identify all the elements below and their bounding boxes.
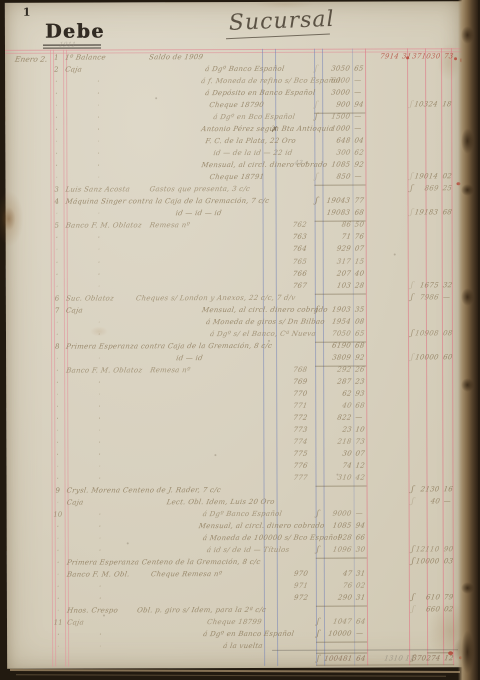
amount-main: 71 bbox=[341, 233, 352, 242]
remesa-number: 777 bbox=[293, 474, 309, 483]
account-name: 1º Balance bbox=[64, 53, 106, 62]
entry-detail: Saldo de 1909 bbox=[148, 53, 203, 62]
ditto-mark: · bbox=[56, 535, 60, 544]
amount-cents: 02 bbox=[355, 582, 366, 591]
total-cents: 03 bbox=[443, 558, 454, 567]
account-name: Suc. Oblatoz bbox=[65, 294, 114, 303]
amount-main: 7050 bbox=[331, 329, 351, 338]
amount-main: 103 bbox=[336, 281, 352, 290]
amount-cents: 31 bbox=[355, 570, 366, 579]
gutter-stain bbox=[461, 288, 474, 306]
amount-cents: 26 bbox=[354, 365, 365, 374]
amount-main: 6190 bbox=[332, 341, 352, 350]
ditto-mark: · bbox=[55, 366, 59, 375]
ditto-mark: · bbox=[55, 102, 59, 111]
name-ditto-mark: · bbox=[98, 438, 102, 447]
entry-detail: á id s/ de id — Títulos bbox=[206, 546, 290, 555]
entry-detail: Cheque Remesa nº bbox=[150, 570, 223, 579]
name-ditto-mark: · bbox=[97, 114, 101, 123]
total-cents: 08 bbox=[442, 329, 453, 338]
ditto-mark: · bbox=[54, 90, 58, 99]
amount-main: 850 bbox=[336, 173, 352, 182]
amount-main: 47 bbox=[342, 570, 353, 579]
amount-cents: 23 bbox=[354, 377, 365, 386]
account-name: Caja bbox=[66, 499, 84, 508]
entry-detail: á Depósito en Banco Español bbox=[204, 89, 315, 98]
total-cents: 16 bbox=[443, 485, 454, 494]
ditto-mark: · bbox=[55, 246, 59, 255]
name-ditto-mark: · bbox=[98, 583, 102, 592]
amount-cents: 10 bbox=[355, 425, 366, 434]
name-ditto-mark: · bbox=[97, 282, 101, 291]
ditto-mark: · bbox=[56, 523, 60, 532]
gutter-stain bbox=[461, 128, 474, 154]
amount-main: 1954 bbox=[331, 317, 351, 326]
ditto-mark: · bbox=[55, 150, 59, 159]
total-cents: 32 bbox=[442, 281, 453, 290]
total-main: 869 bbox=[424, 185, 440, 194]
amount-main: 62 bbox=[341, 389, 352, 398]
ditto-mark: · bbox=[55, 114, 59, 123]
account-name: Caja bbox=[65, 306, 83, 315]
ditto-mark: · bbox=[56, 643, 60, 652]
tick-mark: ʃ bbox=[315, 112, 319, 121]
ditto-mark: · bbox=[56, 415, 60, 424]
account-name: Caja bbox=[66, 619, 84, 628]
ditto-mark: · bbox=[56, 499, 60, 508]
account-name: Luis Sanz Acosta bbox=[65, 186, 131, 195]
amount-cents: 76 bbox=[354, 233, 365, 242]
ledger-photo: { "page": { "number": "1", "title_left":… bbox=[0, 0, 480, 680]
name-ditto-mark: · bbox=[97, 102, 101, 111]
amount-main: 292 bbox=[336, 365, 352, 374]
total-main: 12110 bbox=[416, 546, 441, 555]
ditto-mark: · bbox=[56, 571, 60, 580]
remesa-number: 773 bbox=[293, 426, 309, 435]
entry-number: 7 bbox=[49, 306, 64, 315]
tick-mark: ʃ bbox=[410, 292, 414, 301]
amount-cents: 50 bbox=[354, 221, 365, 230]
ditto-mark: · bbox=[55, 234, 59, 243]
ledger-page: 1 Debe Sucursal 1911 Enero 2. 43 11º Bal… bbox=[5, 1, 473, 669]
entry-detail: Remesa nº bbox=[149, 366, 191, 375]
name-ditto-mark: · bbox=[96, 78, 100, 87]
total-main: 2130 bbox=[420, 485, 440, 494]
ink-dot bbox=[214, 454, 216, 456]
total-main: 10324 bbox=[414, 100, 439, 109]
gutter-stain bbox=[461, 630, 474, 674]
remesa-number: 762 bbox=[292, 221, 308, 230]
ink-dot bbox=[155, 97, 157, 99]
ditto-mark: · bbox=[55, 258, 59, 267]
total-main: 10000 bbox=[416, 558, 441, 567]
name-ditto-mark: · bbox=[97, 270, 101, 279]
tick-mark: ʃ bbox=[411, 605, 415, 614]
amount-cents: — bbox=[353, 89, 362, 98]
entry-detail: Cheques s/ London y Anexos, 22 c/c, 7 d/… bbox=[135, 293, 296, 303]
total-main: 19183 bbox=[414, 209, 439, 218]
amount-cents: 08 bbox=[354, 317, 365, 326]
name-ditto-mark: · bbox=[97, 234, 101, 243]
name-ditto-mark: · bbox=[97, 354, 101, 363]
account-name: Caja bbox=[64, 66, 82, 75]
name-ditto-mark: · bbox=[97, 174, 101, 183]
gutter-stain bbox=[461, 582, 474, 594]
tick-mark: ʃ bbox=[411, 484, 415, 493]
ditto-mark: · bbox=[55, 210, 59, 219]
amount-cents: 64 bbox=[355, 654, 366, 663]
amount-main: 822 bbox=[336, 413, 352, 422]
ink-dot bbox=[103, 614, 105, 616]
name-ditto-mark: · bbox=[98, 643, 102, 652]
amount-cents: — bbox=[355, 510, 364, 519]
amount-cents: 31 bbox=[355, 594, 366, 603]
ledger-rows: 11º BalanceSaldo de 1909791431371030732C… bbox=[5, 1, 463, 669]
total-cents: — bbox=[442, 293, 451, 302]
ditto-mark: · bbox=[55, 318, 59, 327]
ditto-mark: · bbox=[56, 427, 60, 436]
amount-cents: 07 bbox=[355, 450, 366, 459]
name-ditto-mark: · bbox=[96, 90, 100, 99]
remesa-number: 772 bbox=[293, 414, 309, 423]
amount-cents: 94 bbox=[354, 101, 365, 110]
amount-main: 1047 bbox=[332, 618, 352, 627]
ditto-mark: · bbox=[55, 378, 59, 387]
account-name: Primera Esperanza contra Caja de la Grem… bbox=[65, 342, 273, 352]
amount-cents: 40 bbox=[354, 269, 365, 278]
name-ditto-mark: · bbox=[98, 547, 102, 556]
ditto-mark: · bbox=[56, 607, 60, 616]
entry-number: 3 bbox=[49, 186, 64, 195]
ditto-mark: · bbox=[56, 595, 60, 604]
entry-detail: Cheque 18790 bbox=[209, 101, 265, 110]
amount-main: 1085 bbox=[331, 161, 351, 170]
name-ditto-mark: · bbox=[98, 511, 102, 520]
amount-main: 100481 bbox=[323, 654, 353, 663]
amount-cents: — bbox=[354, 173, 363, 182]
account-name: Banco F. M. Oblatoz bbox=[65, 222, 143, 231]
name-ditto-mark: · bbox=[98, 390, 102, 399]
total-main: 610 bbox=[425, 594, 441, 603]
name-ditto-mark: · bbox=[97, 126, 101, 135]
amount-cents: 92 bbox=[354, 161, 365, 170]
remesa-number: 768 bbox=[292, 366, 308, 375]
total-cents: 90 bbox=[443, 545, 454, 554]
remesa-number: 972 bbox=[293, 594, 309, 603]
amount-main: 19083 bbox=[326, 209, 351, 218]
book-gutter-edge bbox=[458, 0, 478, 680]
amount-main: 300 bbox=[336, 149, 352, 158]
amount-cents: 65 bbox=[353, 65, 364, 74]
amount-cents: 68 bbox=[354, 209, 365, 218]
name-ditto-mark: · bbox=[98, 475, 102, 484]
amount-cents: 68 bbox=[354, 341, 365, 350]
amount-main: 3050 bbox=[331, 65, 351, 74]
ink-dot bbox=[305, 162, 307, 164]
amount-main: 23 bbox=[341, 426, 352, 435]
remesa-number: 971 bbox=[293, 582, 309, 591]
total-cents: 02 bbox=[442, 173, 453, 182]
total-cents: 60 bbox=[442, 353, 453, 362]
total-cents: 18 bbox=[442, 100, 453, 109]
red-amount-main: 7914 bbox=[380, 52, 400, 61]
amount-cents: 04 bbox=[354, 137, 365, 146]
pencil-total-main: 1310 bbox=[384, 654, 404, 663]
entry-detail: id — de la id — 22 id bbox=[213, 149, 293, 158]
name-ditto-mark: · bbox=[97, 378, 101, 387]
ditto-mark: · bbox=[54, 78, 58, 87]
amount-cents: — bbox=[353, 77, 362, 86]
amount-main: 30 bbox=[341, 450, 352, 459]
amount-main: 1903 bbox=[331, 305, 351, 314]
entry-detail: á Dgº Banco Español bbox=[202, 510, 283, 519]
name-ditto-mark: · bbox=[98, 523, 102, 532]
name-ditto-mark: · bbox=[98, 450, 102, 459]
amount-cents: — bbox=[355, 413, 364, 422]
amount-main: 3000 bbox=[331, 89, 351, 98]
tick-mark: ʃ bbox=[410, 184, 414, 193]
name-ditto-mark: · bbox=[97, 258, 101, 267]
ditto-mark: · bbox=[56, 463, 60, 472]
ditto-mark: · bbox=[56, 451, 60, 460]
account-name: Primera Esperanza Centeno de la Gremació… bbox=[66, 558, 261, 568]
amount-main: 74 bbox=[341, 462, 352, 471]
ditto-mark: · bbox=[56, 583, 60, 592]
entry-detail: id — id bbox=[175, 354, 203, 363]
total-main: 10000 bbox=[415, 353, 440, 362]
amount-main: 1000 bbox=[331, 125, 351, 134]
amount-main: 928 bbox=[337, 534, 353, 543]
tick-mark: ʃ bbox=[315, 196, 319, 205]
total-cents: 25 bbox=[442, 185, 453, 194]
amount-cents: 93 bbox=[355, 389, 366, 398]
tick-mark: ʃ bbox=[314, 64, 318, 73]
ditto-mark: · bbox=[56, 475, 60, 484]
amount-main: 310 bbox=[337, 474, 353, 483]
entry-detail: Lect. Obl. Idem, Luis 20 Oro bbox=[166, 498, 275, 507]
entry-detail: Remesa nº bbox=[149, 222, 191, 231]
amount-main: 10000 bbox=[328, 630, 353, 639]
entry-detail: Mensual, al circl. dinero cobrado bbox=[198, 522, 325, 531]
amount-cents: — bbox=[355, 630, 364, 639]
gutter-stain bbox=[461, 26, 474, 44]
tick-mark: ʃ bbox=[410, 352, 414, 361]
amount-cents: — bbox=[354, 125, 363, 134]
amount-main: 1500 bbox=[331, 113, 351, 122]
entry-detail: á Dgº en Bco Español bbox=[213, 113, 296, 122]
amount-cents: 28 bbox=[354, 281, 365, 290]
name-ditto-mark: · bbox=[97, 138, 101, 147]
remesa-number: 774 bbox=[293, 438, 309, 447]
amount-main: 290 bbox=[337, 594, 353, 603]
name-ditto-mark: · bbox=[98, 402, 102, 411]
entry-detail: á f. Moneda de refino s/ Bco Español bbox=[200, 77, 341, 86]
amount-cents: 15 bbox=[354, 257, 365, 266]
total-main: 1675 bbox=[419, 281, 439, 290]
amount-cents: 07 bbox=[354, 245, 365, 254]
entry-detail: Mensual, al circl. dinero cobrado bbox=[201, 305, 328, 314]
ink-dot bbox=[268, 340, 270, 342]
amount-cents: 62 bbox=[354, 149, 365, 158]
name-ditto-mark: · bbox=[98, 595, 102, 604]
remesa-number: 776 bbox=[293, 462, 309, 471]
amount-cents: 92 bbox=[354, 353, 365, 362]
sum-line-above-amount bbox=[316, 652, 367, 653]
entry-detail: id — id — id bbox=[175, 209, 222, 218]
amount-main: 1096 bbox=[332, 546, 352, 555]
entry-detail: Antonio Pérez según Bta Antioquia bbox=[201, 125, 334, 134]
amount-cents: 94 bbox=[355, 522, 366, 531]
name-ditto-mark: · bbox=[97, 162, 101, 171]
amount-main: 3809 bbox=[332, 353, 352, 362]
total-main: 19014 bbox=[414, 173, 439, 182]
tick-mark: ʃ bbox=[316, 653, 320, 662]
tick-mark: ʃ bbox=[411, 496, 415, 505]
amount-main: 40 bbox=[341, 401, 352, 410]
amount-main: 9000 bbox=[332, 510, 352, 519]
amount-main: 86 bbox=[340, 221, 351, 230]
amount-main: 648 bbox=[336, 137, 352, 146]
gutter-stain bbox=[461, 378, 474, 392]
entry-detail: á Dgº en Banco Español bbox=[202, 630, 294, 639]
amount-cents: — bbox=[354, 113, 363, 122]
ditto-mark: · bbox=[56, 559, 60, 568]
account-name: Hnos. Crespo bbox=[66, 607, 118, 616]
remesa-number: 771 bbox=[293, 402, 309, 411]
amount-main: 1085 bbox=[332, 522, 352, 531]
tick-mark: ʃ bbox=[316, 617, 320, 626]
total-cents: — bbox=[443, 497, 452, 506]
ditto-mark: · bbox=[56, 439, 60, 448]
ditto-mark: · bbox=[56, 390, 60, 399]
entry-number: 4 bbox=[49, 198, 64, 207]
tick-mark: ʃ bbox=[314, 100, 318, 109]
tick-mark: ʃ bbox=[316, 545, 320, 554]
ditto-mark: · bbox=[56, 402, 60, 411]
name-ditto-mark: · bbox=[98, 414, 102, 423]
total-main: 7986 bbox=[419, 293, 439, 302]
remesa-number: 767 bbox=[292, 281, 308, 290]
amount-main: 6000 bbox=[331, 77, 351, 86]
red-ink-speck bbox=[406, 56, 409, 59]
check-mark: ✗ bbox=[271, 125, 279, 134]
name-ditto-mark: · bbox=[98, 426, 102, 435]
entry-detail: F. C. de la Plata, 22 Oro bbox=[205, 137, 297, 146]
ink-dot bbox=[336, 474, 338, 476]
account-name: Crysl. Morena Centeno de J. Rader, 7 c/c bbox=[66, 486, 222, 496]
entry-detail: á la vuelta bbox=[222, 642, 263, 651]
remesa-number: 769 bbox=[292, 378, 308, 387]
ditto-mark: · bbox=[55, 138, 59, 147]
ink-dot bbox=[394, 253, 396, 255]
amount-main: 19043 bbox=[326, 197, 351, 206]
amount-cents: 73 bbox=[355, 438, 366, 447]
amount-main: 287 bbox=[336, 377, 352, 386]
name-ditto-mark: · bbox=[97, 246, 101, 255]
tick-mark: ʃ bbox=[316, 509, 320, 518]
amount-cents: 68 bbox=[355, 401, 366, 410]
amount-main: 900 bbox=[335, 101, 351, 110]
ditto-mark: · bbox=[55, 174, 59, 183]
remesa-number: 766 bbox=[292, 269, 308, 278]
entry-detail: á Dgº Banco Español bbox=[204, 65, 285, 74]
name-ditto-mark: · bbox=[98, 462, 102, 471]
ditto-mark: · bbox=[55, 126, 59, 135]
amount-main: 317 bbox=[336, 257, 352, 266]
entry-number: 6 bbox=[49, 294, 64, 303]
entry-detail: á Dgº s/ el Banco, Cª Nueva bbox=[209, 329, 316, 338]
paper-stain bbox=[90, 326, 108, 336]
amount-main: 929 bbox=[336, 245, 352, 254]
total-main: 10908 bbox=[415, 329, 440, 338]
ditto-mark: · bbox=[56, 547, 60, 556]
tick-mark: ʃ bbox=[410, 280, 414, 289]
amount-cents: 12 bbox=[355, 462, 366, 471]
entry-number: 8 bbox=[49, 342, 64, 351]
account-name: Máquina Singer contra la Caja de la Grem… bbox=[65, 197, 270, 207]
tick-mark: ʃ bbox=[315, 172, 319, 181]
name-ditto-mark: · bbox=[97, 210, 101, 219]
gutter-stain bbox=[461, 184, 474, 196]
amount-main: 207 bbox=[336, 269, 352, 278]
ink-dot bbox=[127, 542, 129, 544]
ditto-mark: · bbox=[56, 631, 60, 640]
tick-mark: ʃ bbox=[316, 629, 320, 638]
amount-cents: 77 bbox=[354, 197, 365, 206]
tick-mark: ʃ bbox=[411, 593, 415, 602]
entry-number: 5 bbox=[49, 222, 64, 231]
remesa-number: 764 bbox=[292, 245, 308, 254]
account-name: Banco F. M. Obl. bbox=[66, 571, 130, 580]
ditto-mark: · bbox=[55, 354, 59, 363]
amount-cents: 35 bbox=[354, 305, 365, 314]
name-ditto-mark: · bbox=[97, 150, 101, 159]
entry-number: 2 bbox=[48, 66, 63, 75]
page-stack-edge-1 bbox=[10, 669, 460, 673]
amount-cents: 42 bbox=[355, 474, 366, 483]
ditto-mark: · bbox=[55, 270, 59, 279]
entry-detail: á Moneda de 100000 s/ Bco Español bbox=[202, 534, 341, 543]
entry-detail: Cheque 18799 bbox=[206, 618, 262, 627]
total-cents: 68 bbox=[442, 209, 453, 218]
remesa-number: 763 bbox=[292, 233, 308, 242]
name-ditto-mark: · bbox=[98, 535, 102, 544]
entry-detail: Cheque 18791 bbox=[209, 173, 265, 182]
amount-cents: 66 bbox=[355, 534, 366, 543]
name-ditto-mark: · bbox=[98, 631, 102, 640]
red-ink-speck bbox=[448, 651, 453, 655]
entry-detail: Obl. p. giro s/ Idem, para la 2ª c/c bbox=[136, 606, 267, 615]
red-ink-speck bbox=[454, 57, 457, 60]
amount-cents: 64 bbox=[355, 618, 366, 627]
total-main: 40 bbox=[429, 497, 440, 506]
entry-number: 11 bbox=[50, 619, 65, 628]
amount-main: 76 bbox=[342, 582, 353, 591]
ditto-mark: · bbox=[55, 282, 59, 291]
entry-detail: á Moneda de giros s/ Dn Bilbao bbox=[205, 317, 325, 326]
remesa-number: 770 bbox=[293, 390, 309, 399]
amount-cents: 65 bbox=[354, 329, 365, 338]
remesa-number: 970 bbox=[293, 570, 309, 579]
remesa-number: 765 bbox=[292, 257, 308, 266]
tick-mark: ʃ bbox=[410, 328, 414, 337]
entry-number: 10 bbox=[50, 511, 65, 520]
amount-main: 218 bbox=[337, 438, 353, 447]
remesa-number: 775 bbox=[293, 450, 309, 459]
entry-number: 1 bbox=[48, 54, 63, 63]
page-stack-edge-2 bbox=[16, 674, 446, 677]
paper-stain bbox=[2, 207, 16, 231]
